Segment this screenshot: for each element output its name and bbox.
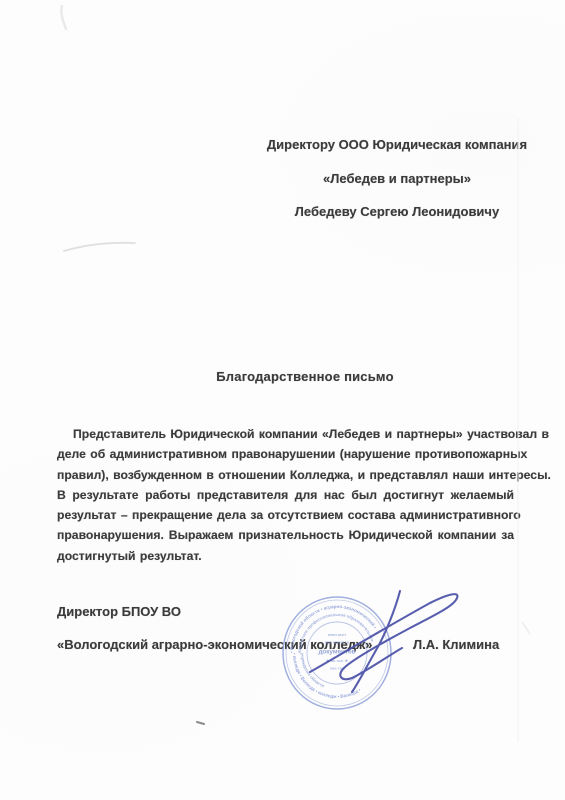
body-line: Представитель Юридической компании «Лебе… bbox=[57, 424, 514, 444]
body-line: достигнутый результат. bbox=[57, 546, 514, 566]
scan-artifact-pen-mark-top-left bbox=[61, 6, 66, 29]
handwritten-signature bbox=[293, 581, 471, 709]
scan-artifact-curve-mark bbox=[64, 243, 135, 251]
scan-artifact-scratch bbox=[522, 622, 530, 634]
scanned-letter-page: Директору ООО Юридическая компания «Лебе… bbox=[0, 0, 565, 800]
recipient-block: Директору ООО Юридическая компания «Лебе… bbox=[263, 128, 531, 229]
recipient-line-1: Директору ООО Юридическая компания bbox=[263, 128, 531, 162]
recipient-line-3: Лебедеву Сергею Леонидовичу bbox=[263, 195, 531, 229]
recipient-line-2: «Лебедев и партнеры» bbox=[263, 162, 531, 196]
letter-title: Благодарственное письмо bbox=[45, 369, 565, 384]
body-line: деле об административном правонарушении … bbox=[57, 444, 514, 464]
letter-body: Представитель Юридической компании «Лебе… bbox=[57, 424, 514, 566]
body-line: В результате работы представителя для на… bbox=[57, 485, 514, 505]
body-line: правил), возбужденном в отношении Коллед… bbox=[57, 465, 514, 485]
signer-position-line-1: Директор БПОУ ВО bbox=[57, 604, 181, 619]
body-line: результат – прекращение дела за отсутств… bbox=[57, 505, 514, 525]
scan-artifact-speck bbox=[197, 722, 204, 724]
signature-stroke-cross bbox=[352, 591, 400, 692]
body-line: правонарушения. Выражаем признательность… bbox=[57, 525, 514, 545]
